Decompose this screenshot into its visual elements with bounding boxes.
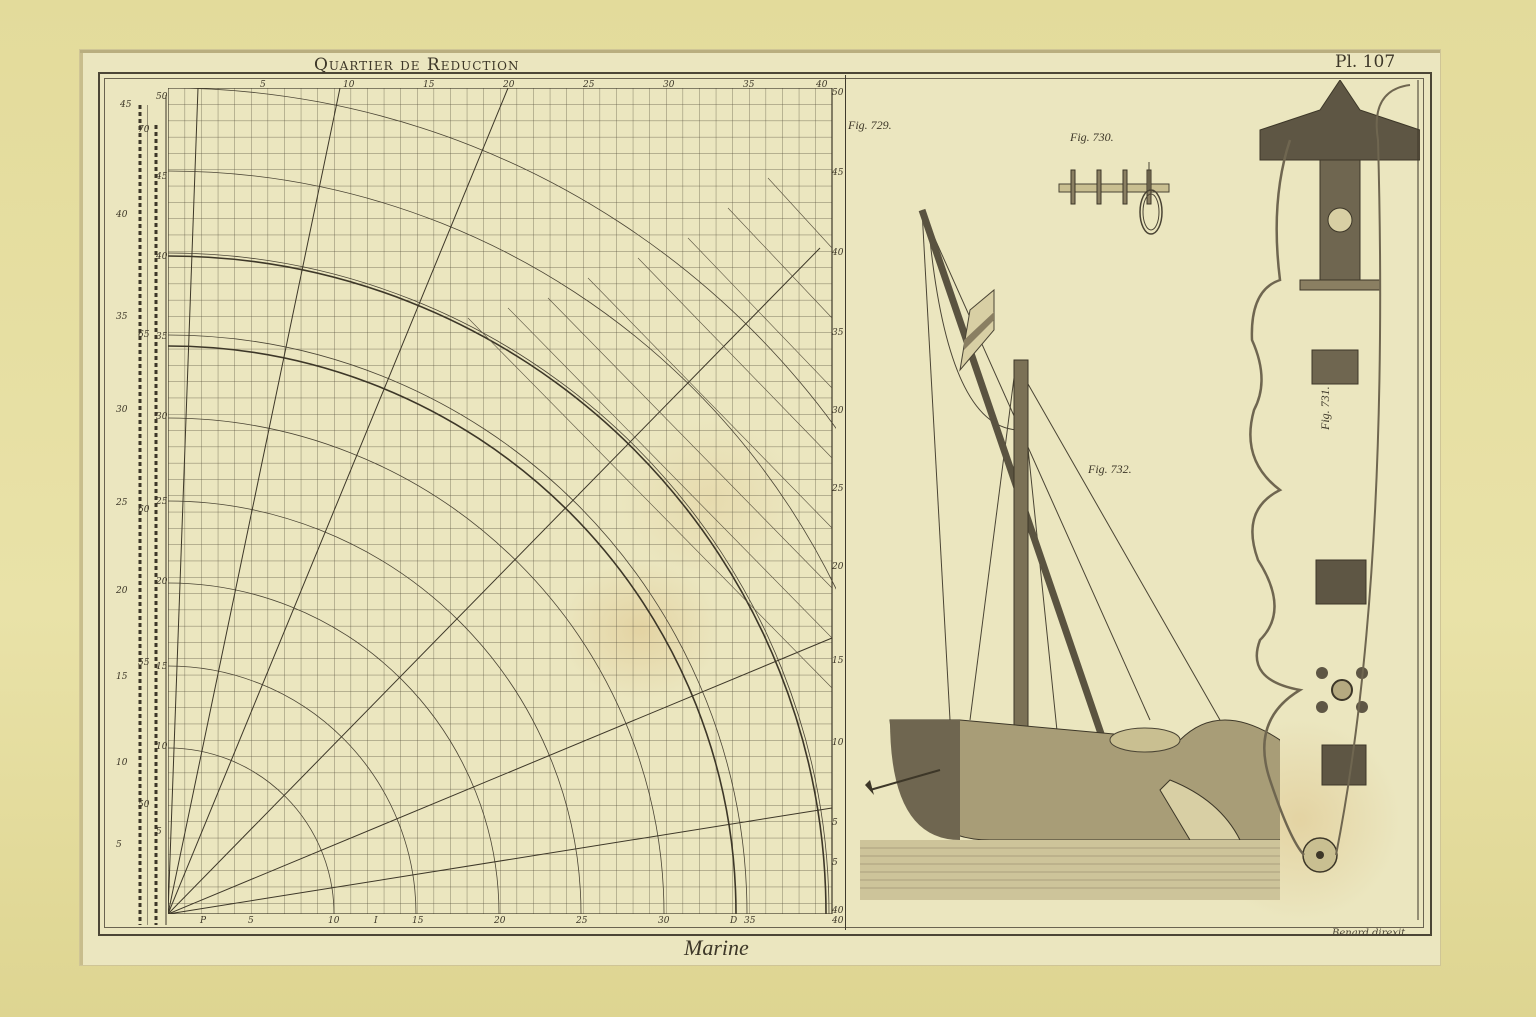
fig-729-label: Fig. 729. [848, 118, 892, 133]
fig-730-label: Fig. 730. [1070, 130, 1114, 145]
right-axis-ticks: 50 45 40 35 30 25 20 15 10 5 5 40 [832, 88, 846, 914]
middle-scale-ticks: 70 65 60 55 50 [138, 120, 152, 840]
plate-title: Quartier de Reduction [314, 55, 519, 75]
bottom-axis-ticks: P 5 10 I 15 20 25 30 D 35 40 [168, 916, 836, 928]
plate-number: Pl. 107 [1335, 52, 1395, 72]
top-axis-ticks: 5 10 15 20 25 30 35 40 [168, 80, 836, 92]
left-axis-ticks: 50 45 40 35 30 25 20 15 10 5 [156, 92, 170, 918]
outer-scale-ticks: 45 40 35 30 25 20 15 10 5 [116, 100, 136, 920]
engraver-credit: Benard direxit [1332, 928, 1405, 939]
plate-footer: Marine [684, 935, 749, 961]
quartier-de-reduction-grid [168, 88, 836, 914]
